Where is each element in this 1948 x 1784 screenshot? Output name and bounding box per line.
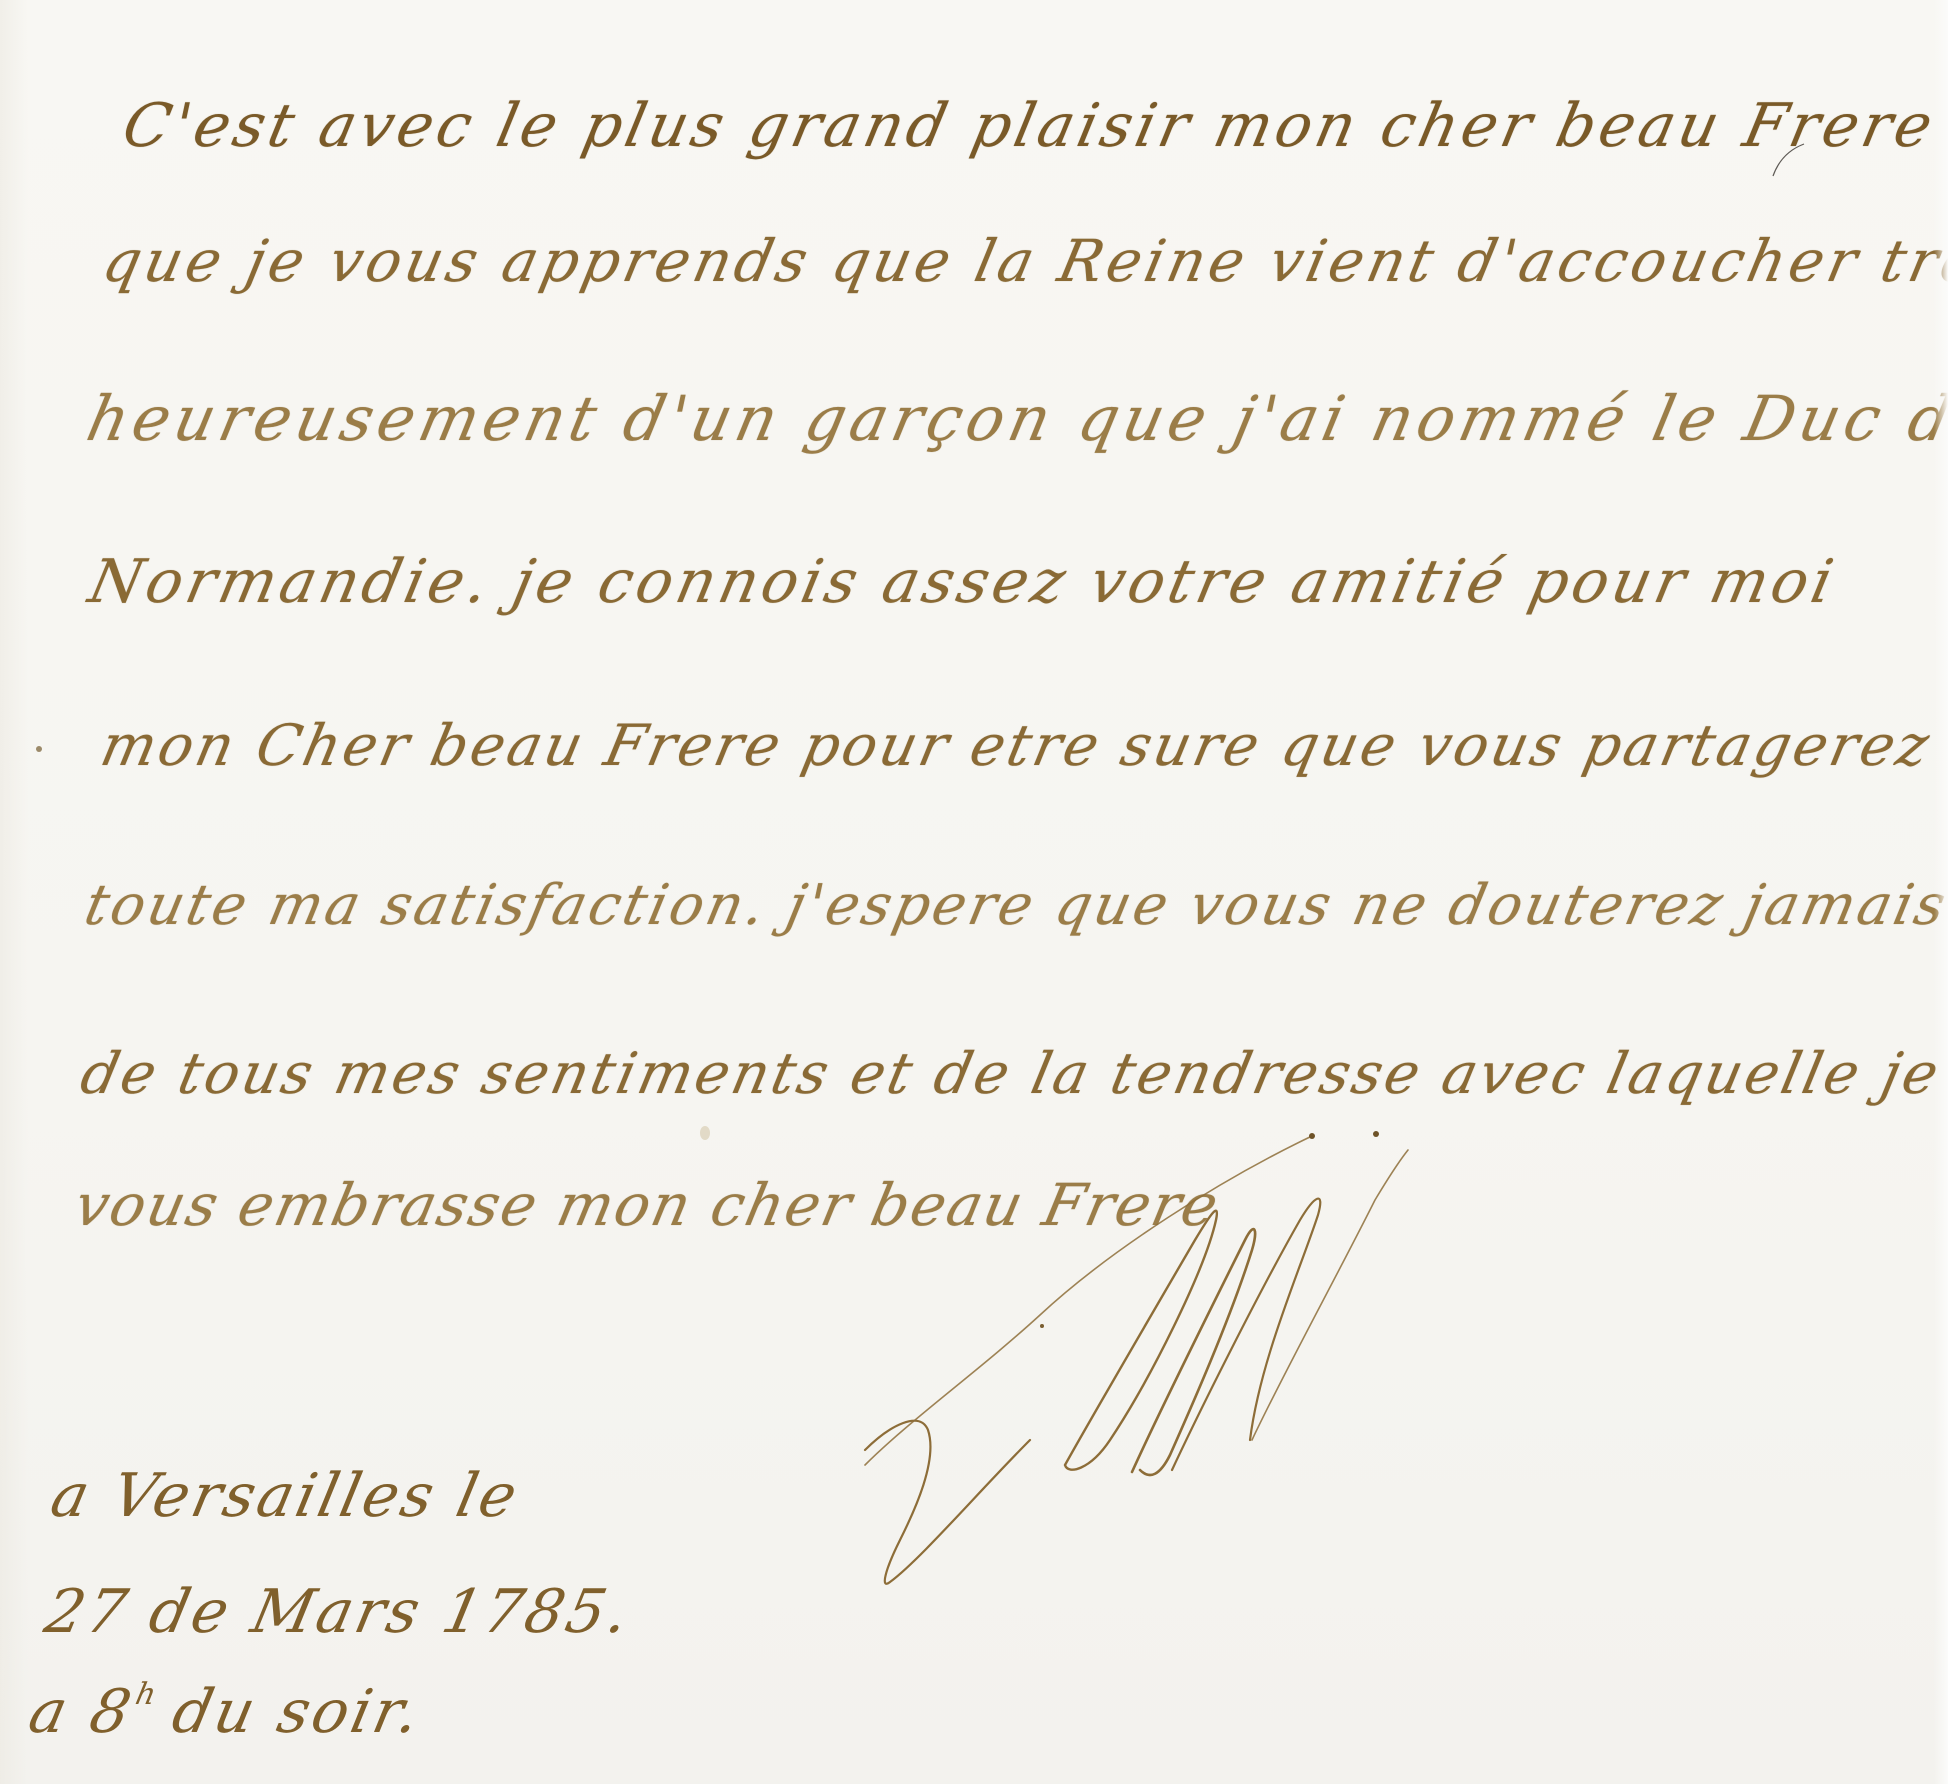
stray-pen-mark [1770, 140, 1810, 180]
letter-line-5: mon Cher beau Frere pour etre sure que v… [96, 718, 1937, 775]
letter-line-3: heureusement d'un garçon que j'ai nommé … [82, 388, 1948, 450]
letter-line-6: toute ma satisfaction. j'espere que vous… [80, 878, 1948, 934]
letter-line-4: Normandie. je connois assez votre amitié… [84, 552, 1842, 612]
letter-line-2: que je vous apprends que la Reine vient … [98, 232, 1948, 290]
dateline-place: a Versailles le [46, 1466, 525, 1526]
page-edge [1934, 0, 1948, 1784]
ink-dot [36, 746, 42, 752]
dateline-date: 27 de Mars 1785. [40, 1582, 637, 1642]
letter-page: C'est avec le plus grand plaisir mon che… [0, 0, 1948, 1784]
dateline-time-suffix: du soir. [166, 1677, 428, 1747]
dateline-time-prefix: a 8 [23, 1677, 140, 1747]
dateline-date-text: 27 de Mars 1785. [39, 1577, 638, 1647]
letter-line-1: C'est avec le plus grand plaisir mon che… [118, 96, 1941, 156]
dateline-time: a 8h du soir. [24, 1680, 428, 1742]
signature-flourish-icon [860, 1120, 1420, 1680]
letter-line-7: de tous mes sentiments et de la tendress… [76, 1046, 1946, 1103]
paper-stain [700, 1126, 710, 1140]
